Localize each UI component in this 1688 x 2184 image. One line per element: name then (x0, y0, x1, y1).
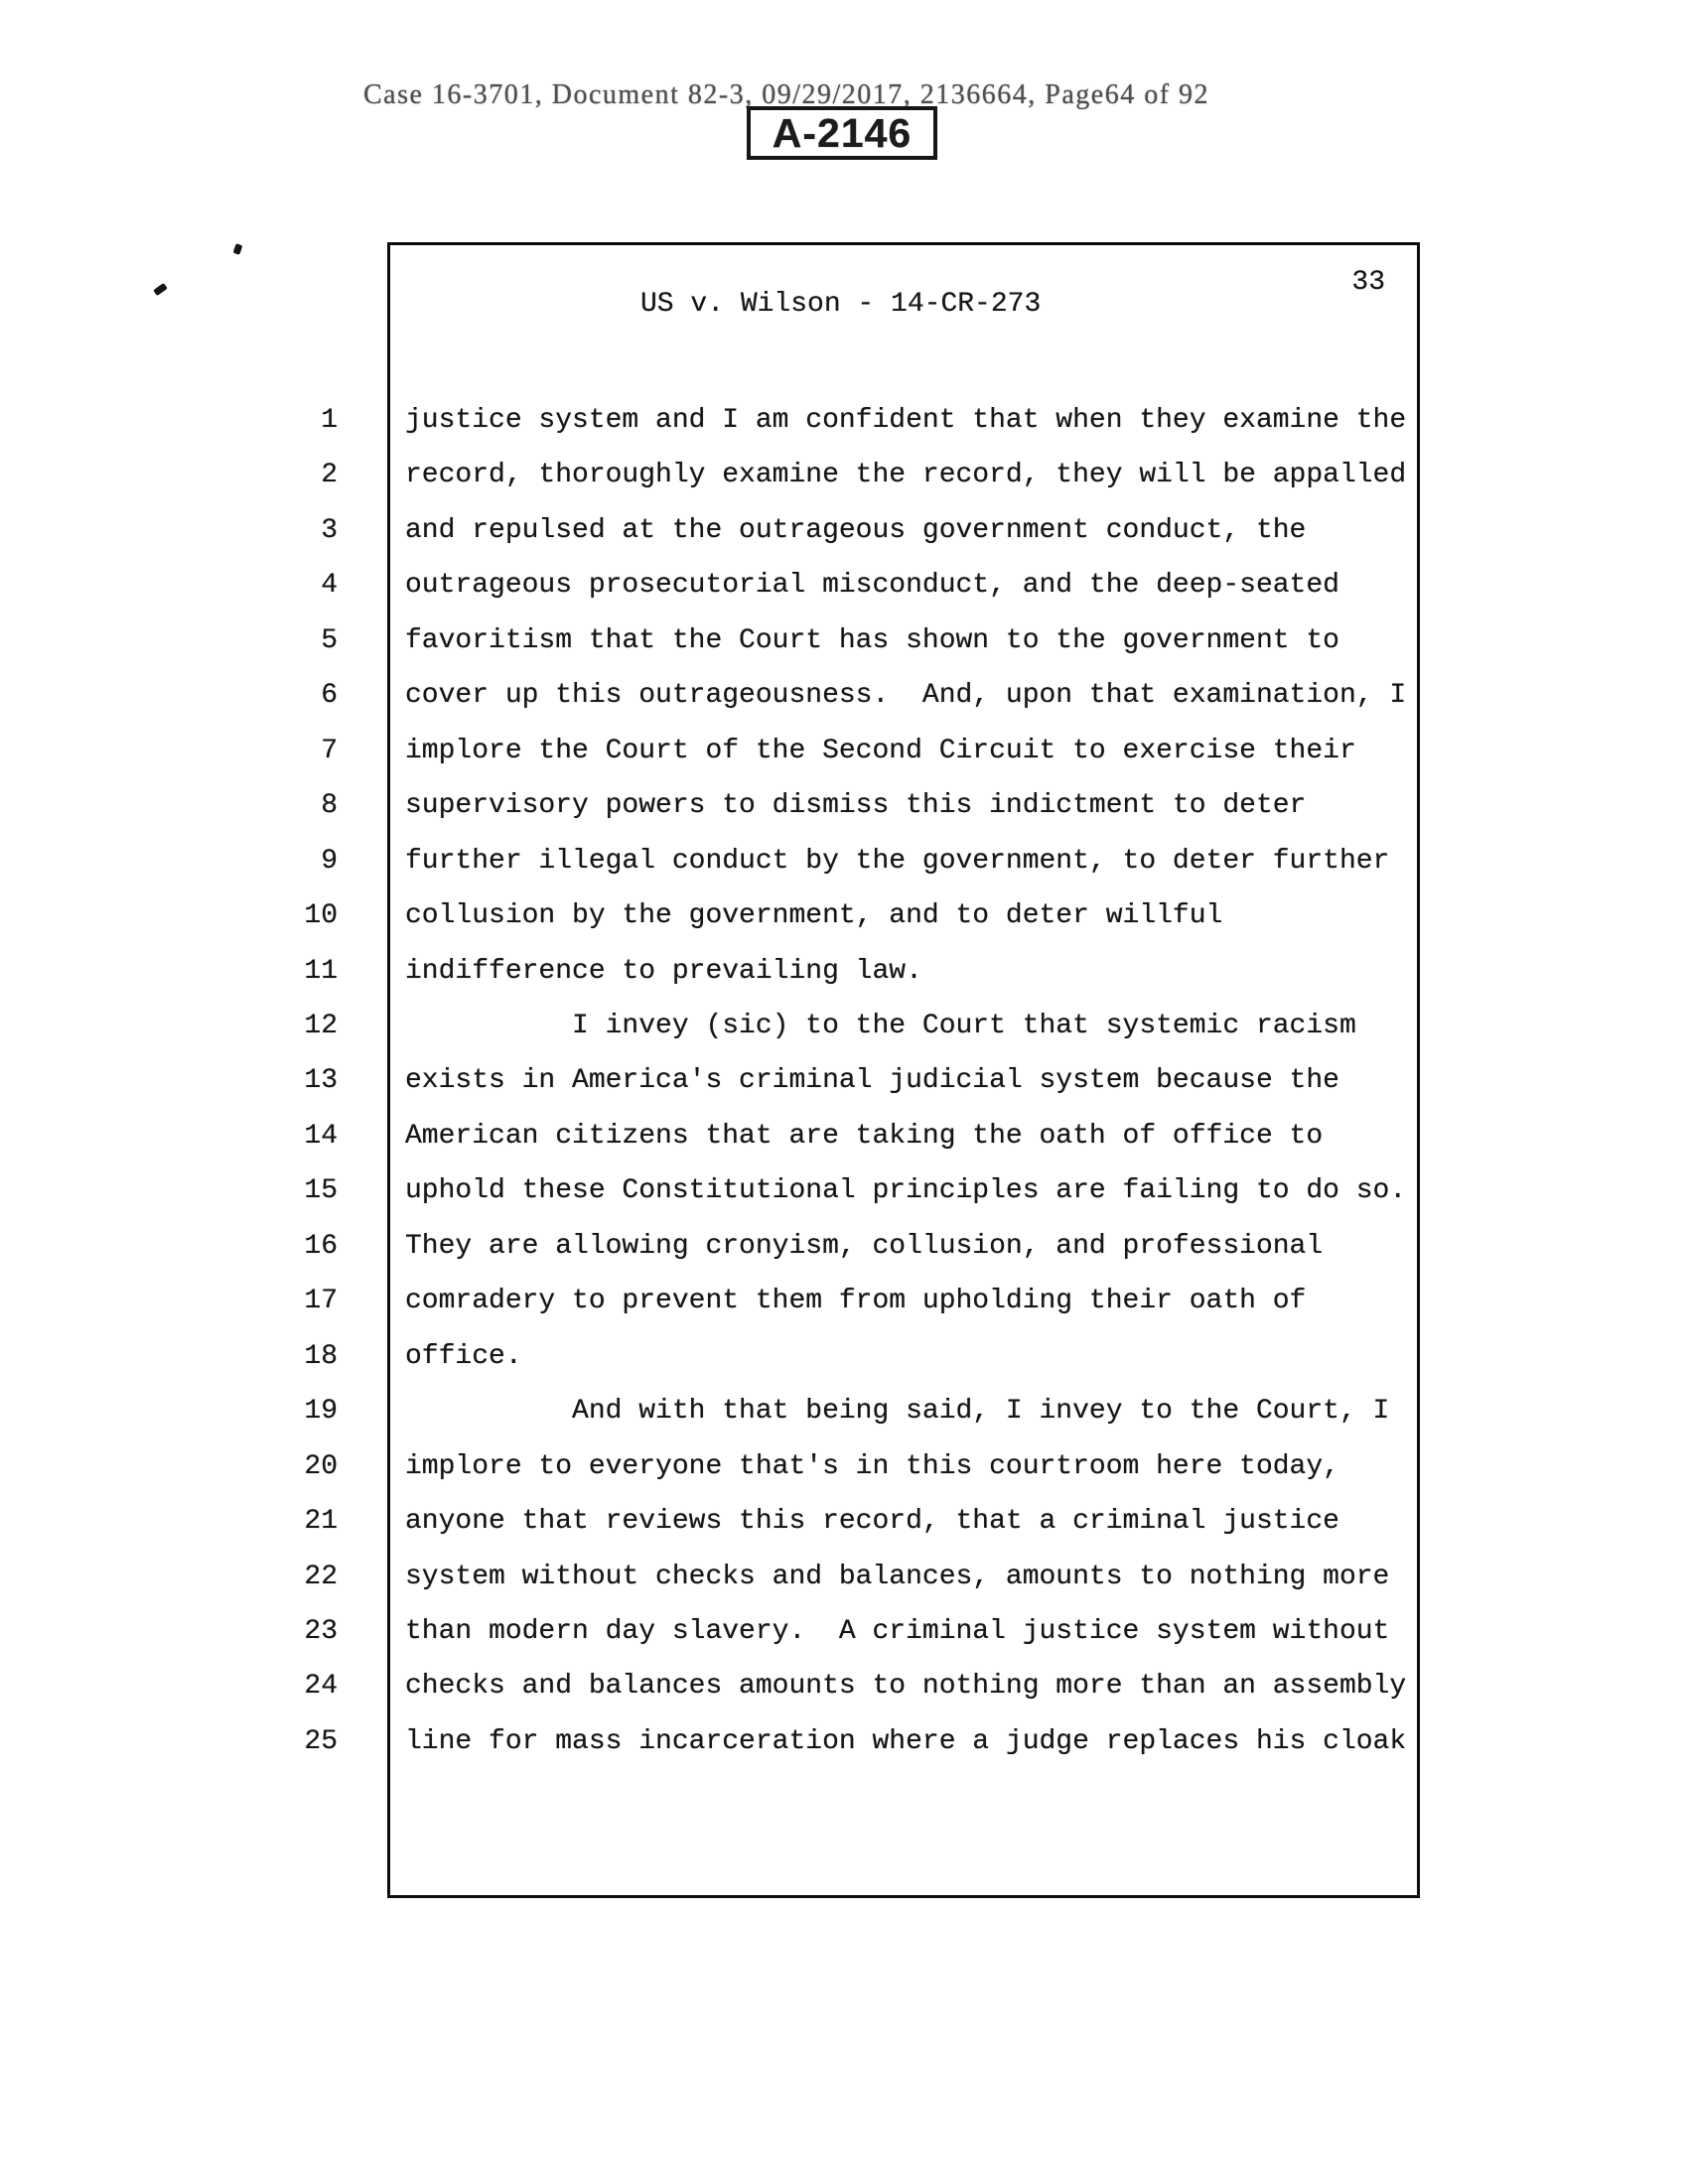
line-number: 25 (278, 1714, 338, 1769)
transcript-line: 1 justice system and I am confident that… (278, 393, 1420, 448)
transcript-lines: 1 justice system and I am confident that… (278, 393, 1420, 1769)
line-text: checks and balances amounts to nothing m… (405, 1659, 1406, 1713)
line-number: 12 (278, 999, 338, 1053)
scanned-transcript-page: Case 16-3701, Document 82-3, 09/29/2017,… (0, 0, 1688, 2184)
line-number: 18 (278, 1329, 338, 1384)
line-number: 5 (278, 614, 338, 668)
line-number: 8 (278, 778, 338, 833)
line-number: 24 (278, 1659, 338, 1713)
ink-speck (233, 243, 243, 255)
transcript-line: 25 line for mass incarceration where a j… (278, 1714, 1420, 1769)
line-number: 22 (278, 1550, 338, 1604)
line-text: They are allowing cronyism, collusion, a… (405, 1219, 1323, 1274)
line-number: 1 (278, 393, 338, 448)
line-number: 16 (278, 1219, 338, 1274)
line-number: 21 (278, 1494, 338, 1549)
transcript-line: 23 than modern day slavery. A criminal j… (278, 1604, 1420, 1659)
transcript-line: 15 uphold these Constitutional principle… (278, 1163, 1420, 1218)
transcript-line: 2 record, thoroughly examine the record,… (278, 448, 1420, 502)
transcript-line: 24 checks and balances amounts to nothin… (278, 1659, 1420, 1713)
transcript-line: 7 implore the Court of the Second Circui… (278, 724, 1420, 778)
line-number: 7 (278, 724, 338, 778)
line-text: record, thoroughly examine the record, t… (405, 448, 1406, 502)
transcript-line: 8 supervisory powers to dismiss this ind… (278, 778, 1420, 833)
line-text: indifference to prevailing law. (405, 944, 922, 999)
transcript-line: 18 office. (278, 1329, 1420, 1384)
ink-speck (153, 283, 168, 296)
transcript-line: 13 exists in America's criminal judicial… (278, 1053, 1420, 1108)
transcript-line: 6 cover up this outrageousness. And, upo… (278, 668, 1420, 723)
line-text: exists in America's criminal judicial sy… (405, 1053, 1339, 1108)
line-number: 11 (278, 944, 338, 999)
line-text: and repulsed at the outrageous governmen… (405, 503, 1306, 558)
line-text: cover up this outrageousness. And, upon … (405, 668, 1406, 723)
transcript-line: 19 And with that being said, I invey to … (278, 1384, 1420, 1438)
transcript-line: 14 American citizens that are taking the… (278, 1109, 1420, 1163)
line-number: 6 (278, 668, 338, 723)
line-number: 4 (278, 558, 338, 613)
line-number: 13 (278, 1053, 338, 1108)
transcript-line: 3 and repulsed at the outrageous governm… (278, 503, 1420, 558)
line-text: American citizens that are taking the oa… (405, 1109, 1323, 1163)
line-number: 9 (278, 834, 338, 888)
line-text: outrageous prosecutorial misconduct, and… (405, 558, 1339, 613)
line-text: I invey (sic) to the Court that systemic… (405, 999, 1356, 1053)
line-number: 3 (278, 503, 338, 558)
line-number: 15 (278, 1163, 338, 1218)
line-text: supervisory powers to dismiss this indic… (405, 778, 1306, 833)
line-number: 20 (278, 1439, 338, 1494)
line-text: uphold these Constitutional principles a… (405, 1163, 1406, 1218)
transcript-line: 11 indifference to prevailing law. (278, 944, 1420, 999)
line-text: implore the Court of the Second Circuit … (405, 724, 1356, 778)
line-number: 14 (278, 1109, 338, 1163)
line-text: favoritism that the Court has shown to t… (405, 614, 1339, 668)
transcript-line: 9 further illegal conduct by the governm… (278, 834, 1420, 888)
transcript-line: 21 anyone that reviews this record, that… (278, 1494, 1420, 1549)
transcript-page-number: 33 (1351, 267, 1385, 298)
case-title: US v. Wilson - 14-CR-273 (640, 289, 1041, 320)
line-number: 19 (278, 1384, 338, 1438)
line-text: collusion by the government, and to dete… (405, 888, 1222, 943)
appendix-number-stamp-box: A-2146 (747, 106, 937, 160)
transcript-line: 4 outrageous prosecutorial misconduct, a… (278, 558, 1420, 613)
line-text: system without checks and balances, amou… (405, 1550, 1389, 1604)
transcript-line: 17 comradery to prevent them from uphold… (278, 1274, 1420, 1328)
transcript-line: 10 collusion by the government, and to d… (278, 888, 1420, 943)
line-text: line for mass incarceration where a judg… (405, 1714, 1406, 1769)
line-number: 17 (278, 1274, 338, 1328)
line-number: 2 (278, 448, 338, 502)
line-text: anyone that reviews this record, that a … (405, 1494, 1339, 1549)
transcript-line: 22 system without checks and balances, a… (278, 1550, 1420, 1604)
transcript-line: 12 I invey (sic) to the Court that syste… (278, 999, 1420, 1053)
transcript-line: 16 They are allowing cronyism, collusion… (278, 1219, 1420, 1274)
appendix-number-label: A-2146 (773, 110, 912, 157)
line-text: further illegal conduct by the governmen… (405, 834, 1389, 888)
line-text: And with that being said, I invey to the… (405, 1384, 1389, 1438)
line-text: office. (405, 1329, 522, 1384)
line-number: 10 (278, 888, 338, 943)
line-text: than modern day slavery. A criminal just… (405, 1604, 1389, 1659)
line-text: implore to everyone that's in this court… (405, 1439, 1339, 1494)
line-text: justice system and I am confident that w… (405, 393, 1406, 448)
line-number: 23 (278, 1604, 338, 1659)
line-text: comradery to prevent them from upholding… (405, 1274, 1306, 1328)
transcript-line: 20 implore to everyone that's in this co… (278, 1439, 1420, 1494)
transcript-line: 5 favoritism that the Court has shown to… (278, 614, 1420, 668)
